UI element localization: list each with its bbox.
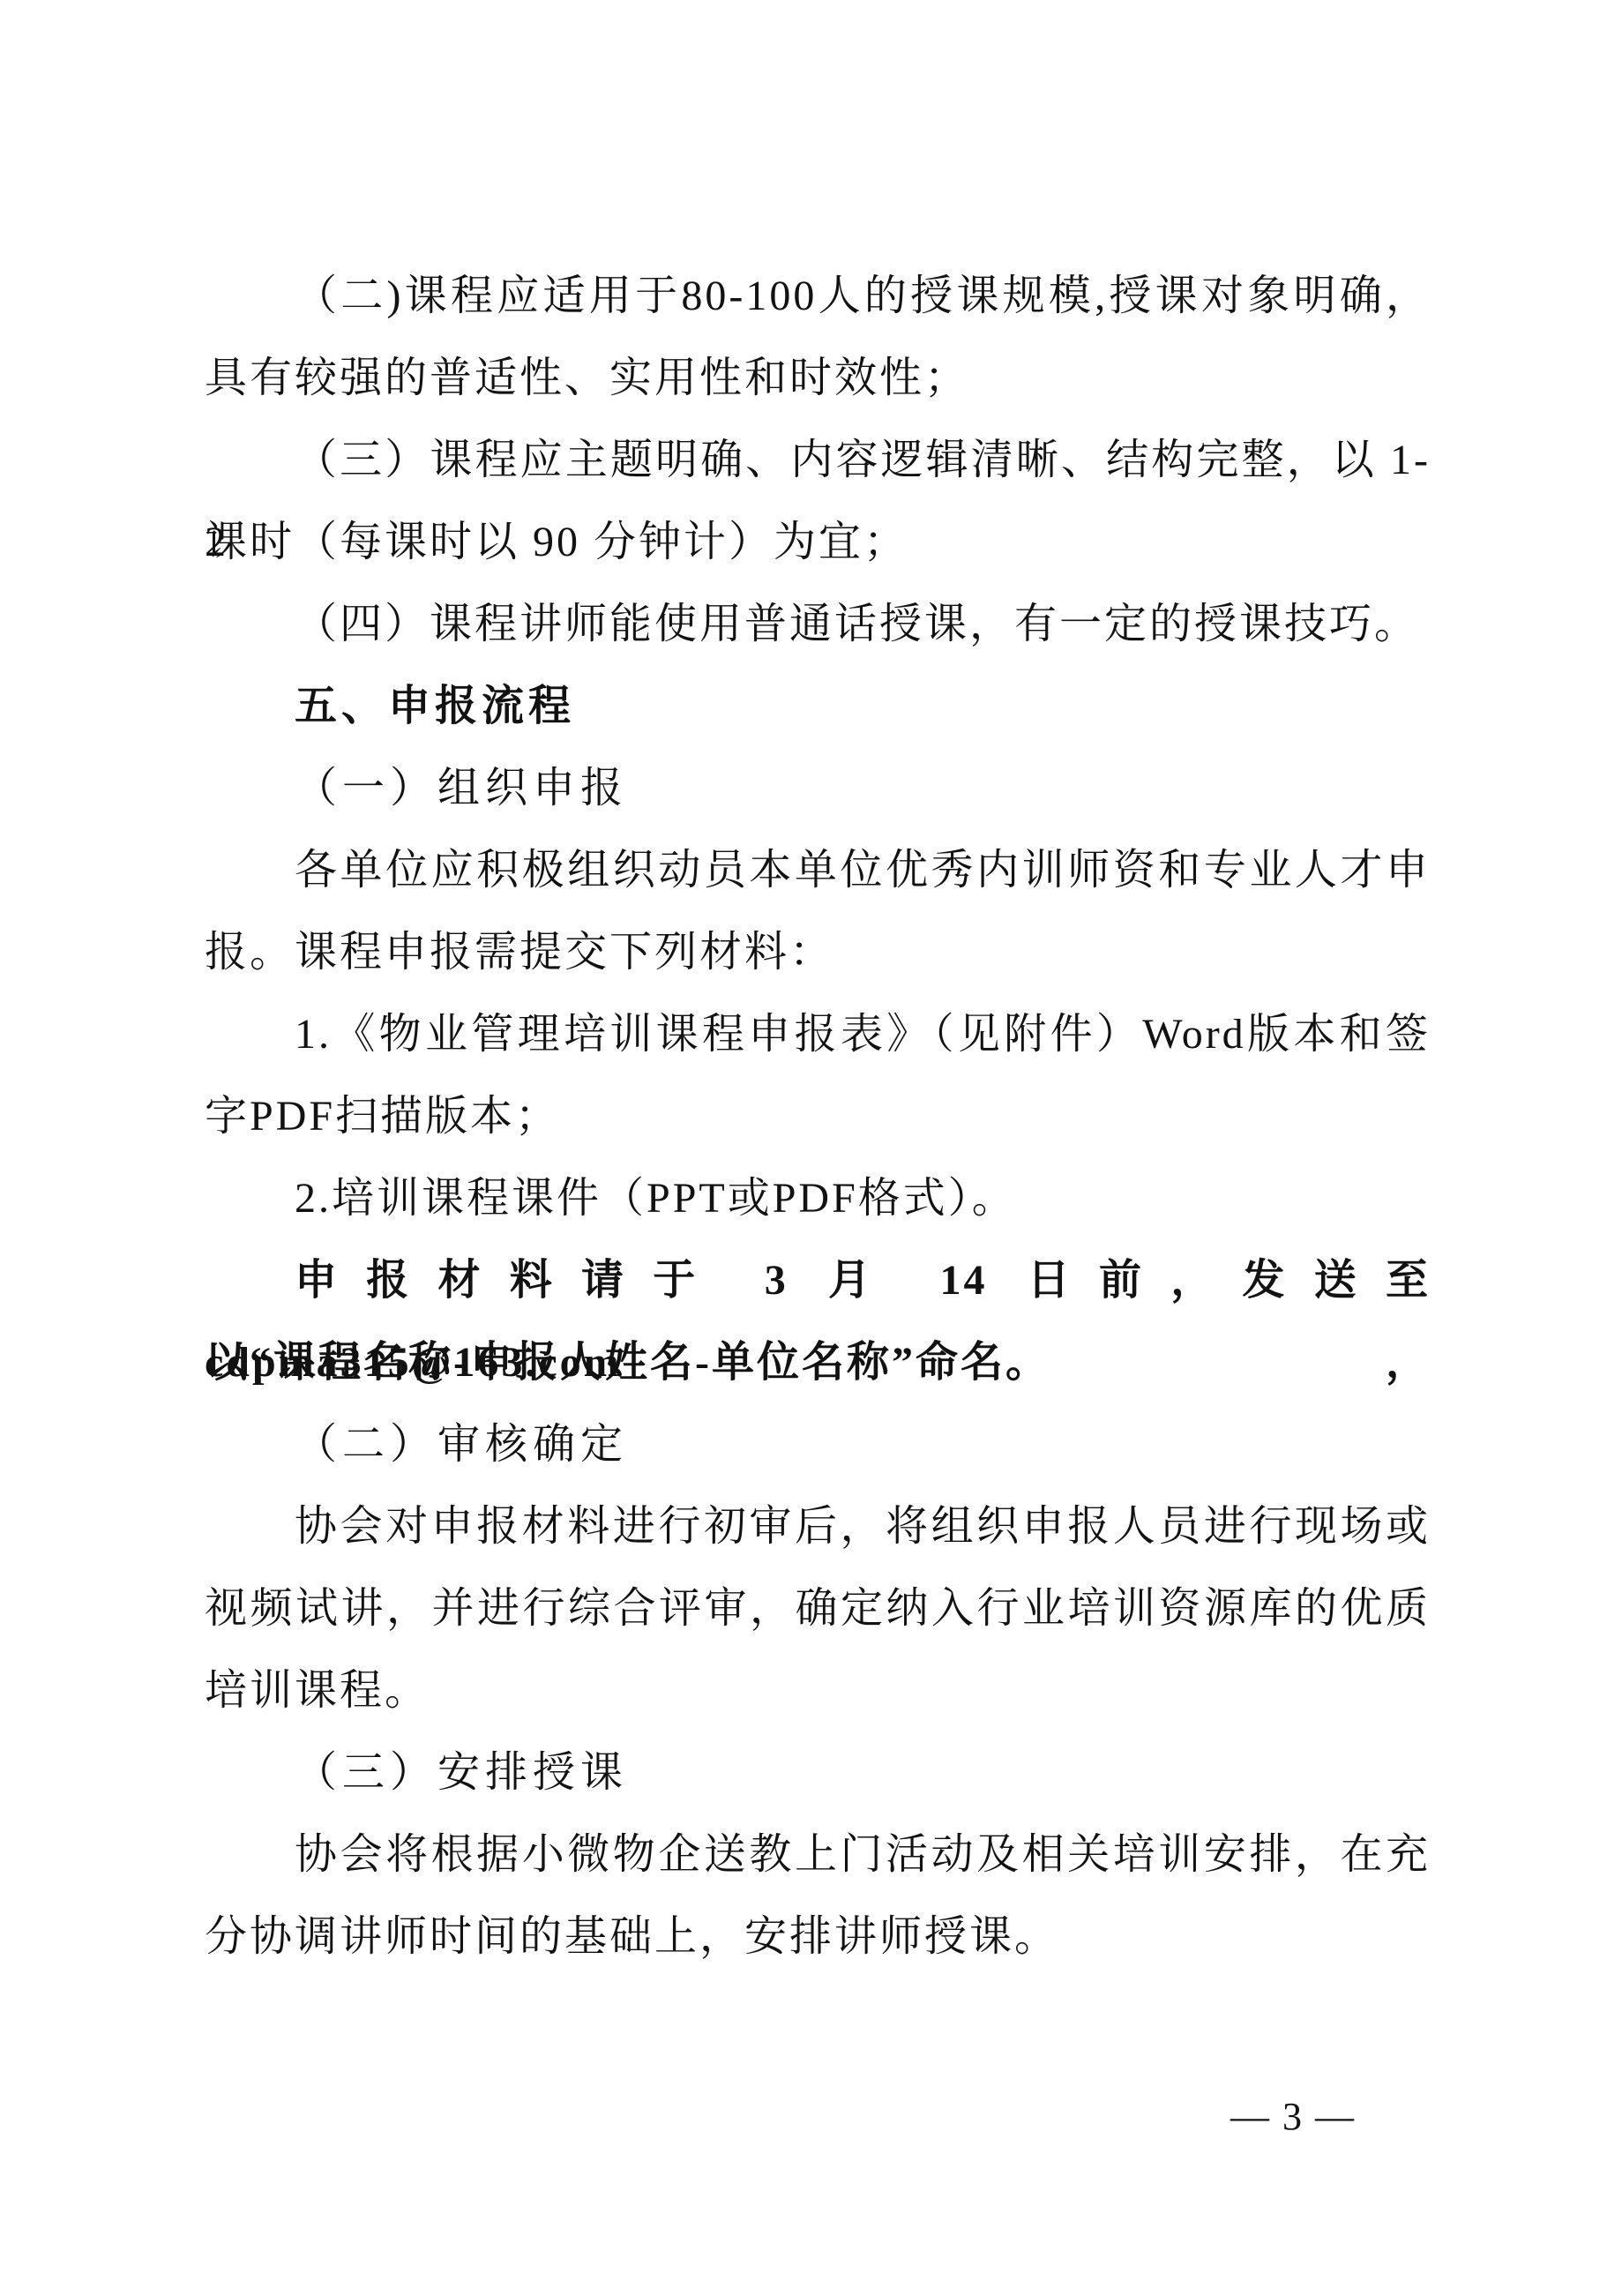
- text-line: 1.《物业管理培训课程申报表》（见附件）Word版本和签: [205, 993, 1431, 1075]
- page-number: — 3 —: [1230, 2079, 1356, 2155]
- text-line: 报。课程申报需提交下列材料：: [205, 911, 1431, 993]
- subsection-heading: （三）安排授课: [205, 1731, 1431, 1814]
- deadline-emphasis-line: 申报材料请于 3 月 14 日前，发送至cdpma315@163.com，: [205, 1239, 1431, 1321]
- text-line: 2.培训课程课件（PPT或PDF格式）。: [205, 1157, 1431, 1239]
- text-line: 课时（每课时以 90 分钟计）为宜；: [205, 501, 1431, 583]
- text-line: 各单位应积极组织动员本单位优秀内训师资和专业人才申: [205, 829, 1431, 911]
- text-line: （四）课程讲师能使用普通话授课，有一定的授课技巧。: [205, 583, 1431, 665]
- section-heading: 五、申报流程: [205, 665, 1431, 747]
- subsection-heading: （一）组织申报: [205, 747, 1431, 829]
- text-line: 字PDF扫描版本；: [205, 1075, 1431, 1157]
- text-line: 协会对申报材料进行初审后，将组织申报人员进行现场或: [205, 1485, 1431, 1567]
- text-line: （三）课程应主题明确、内容逻辑清晰、结构完整，以 1-2: [205, 419, 1431, 501]
- document-page: （二)课程应适用于80-100人的授课规模,授课对象明确， 具有较强的普适性、实…: [0, 0, 1622, 2296]
- text-line: 协会将根据小微物企送教上门活动及相关培训安排，在充: [205, 1814, 1431, 1896]
- text-line: 具有较强的普适性、实用性和时效性；: [205, 337, 1431, 419]
- text-line: 视频试讲，并进行综合评审，确定纳入行业培训资源库的优质: [205, 1567, 1431, 1649]
- document-body: （二)课程应适用于80-100人的授课规模,授课对象明确， 具有较强的普适性、实…: [205, 255, 1431, 1978]
- text-line: （二)课程应适用于80-100人的授课规模,授课对象明确，: [205, 255, 1431, 337]
- text-line: 培训课程。: [205, 1649, 1431, 1731]
- subsection-heading: （二）审核确定: [205, 1403, 1431, 1485]
- text-line: 分协调讲师时间的基础上，安排讲师授课。: [205, 1896, 1431, 1978]
